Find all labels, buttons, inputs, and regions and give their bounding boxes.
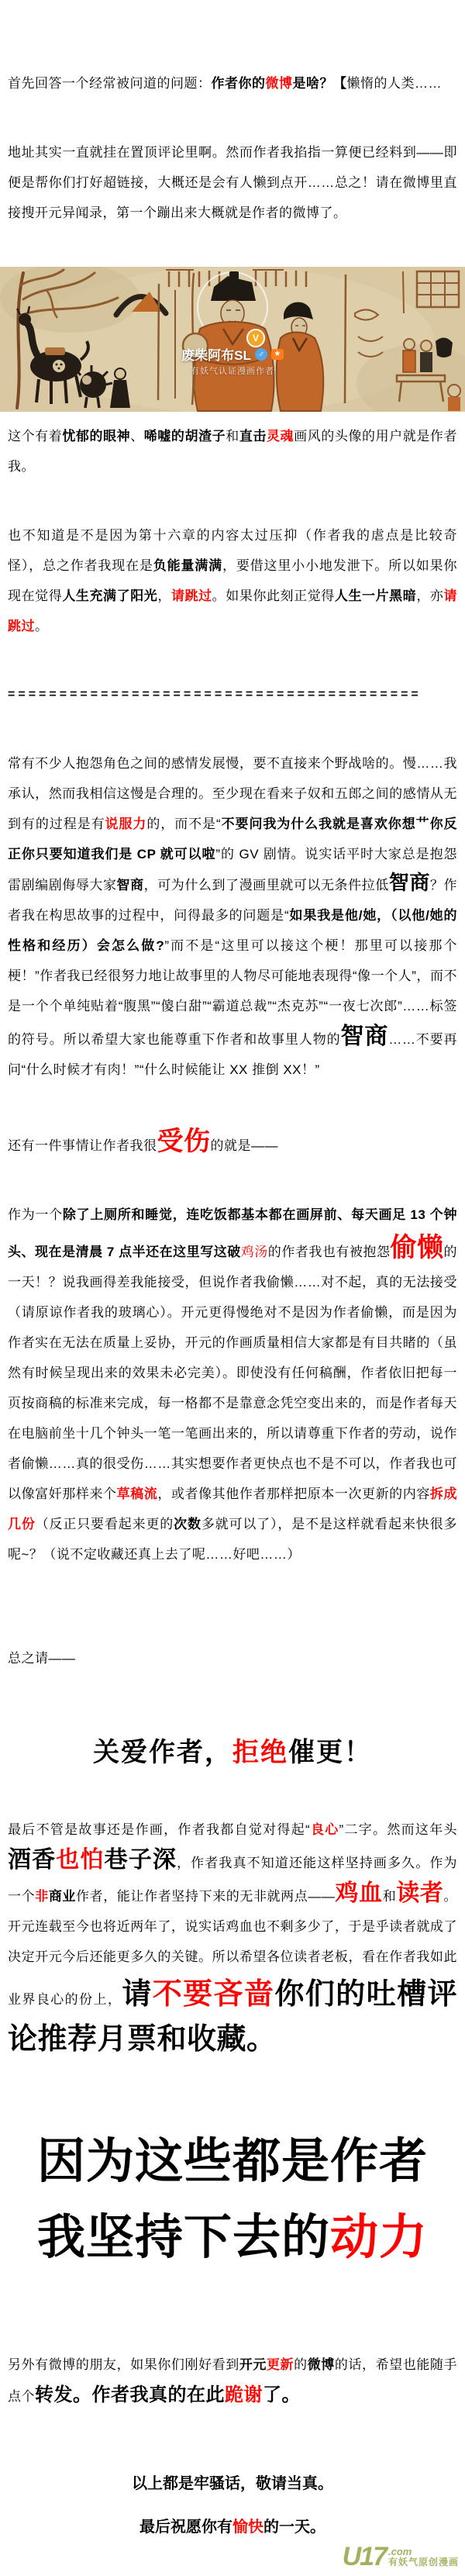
text-run: 忧郁的眼神 bbox=[62, 429, 130, 444]
in-short: 总之请—— bbox=[8, 1643, 457, 1673]
text-run: 读者 bbox=[396, 1880, 443, 1906]
text-run: 懒惰的人类…… bbox=[347, 76, 443, 91]
text-run: 的一天。 bbox=[263, 2519, 325, 2536]
closing-line-1: 以上都是牢骚话，敬请当真。 bbox=[8, 2466, 457, 2502]
text-run: 。 bbox=[35, 619, 49, 634]
text-run: 巷子深 bbox=[105, 1847, 177, 1873]
text-run: 直击 bbox=[239, 429, 267, 444]
text-run: 跪谢 bbox=[225, 2384, 263, 2405]
text-run: 。如果你此刻正觉得 bbox=[212, 589, 335, 603]
text-run: 、 bbox=[130, 429, 144, 444]
text-run: 微博 bbox=[308, 2357, 335, 2372]
motivation-headline: 因为这些都是作者我坚持下去的动力 bbox=[0, 2124, 465, 2276]
pacing-paragraph: 常有不少人抱怨角色之间的感情发展慢，要不直接来个野战啥的。慢……我承认，然而我相… bbox=[8, 748, 457, 1085]
text-run: 另外有微博的朋友，如果你们刚好看到 bbox=[8, 2357, 239, 2372]
text-run: 酒香 bbox=[8, 1847, 56, 1873]
text-run: 智商 bbox=[341, 1024, 389, 1049]
support-request: 最后不管是故事还是作画，作者我都自觉对得起“良心”二字。然而这年头酒香也怕巷子深… bbox=[8, 1815, 457, 2062]
text-run: 了。 bbox=[263, 2384, 301, 2405]
text-run: 偷懒 bbox=[390, 1233, 443, 1262]
text-run: 开元 bbox=[239, 2357, 267, 2372]
u17-caption-text: 有妖气原创漫画 bbox=[388, 2557, 459, 2568]
text-run: 最后祝愿你有 bbox=[139, 2519, 232, 2536]
text-run: 因为这些都是作者 bbox=[37, 2135, 428, 2188]
text-run: 请跳过 bbox=[171, 589, 212, 603]
text-run: 更新 bbox=[267, 2357, 294, 2372]
text-run: 次数 bbox=[174, 1517, 201, 1531]
text-run: 请 bbox=[122, 1978, 152, 2011]
text-run: 作者，能让作者坚持下来的无非就两点—— bbox=[76, 1889, 335, 1904]
text-run: 商业 bbox=[49, 1889, 76, 1904]
text-run: 的，而不是“ bbox=[146, 817, 221, 831]
text-run: 动力 bbox=[330, 2211, 428, 2264]
text-run: 人生一片黑暗 bbox=[335, 589, 416, 603]
text-run: 良心 bbox=[310, 1822, 339, 1837]
comic-author-note-page: 首先回答一个经常被问道的问题：作者你的微博是啥？【懒惰的人类……地址其实一直就挂… bbox=[0, 0, 465, 2576]
text-run: 和 bbox=[226, 429, 239, 444]
text-run: 微博 bbox=[266, 76, 293, 91]
weibo-profile-mural-image: V 废柴阿布SL ♂ ★ 有妖气认证漫画作者 bbox=[0, 267, 465, 412]
text-run: 智商 bbox=[389, 871, 430, 894]
text-run: 这个有着 bbox=[8, 429, 62, 444]
text-run: 的作者我也有被抱怨 bbox=[268, 1245, 391, 1259]
text-run: 也怕 bbox=[56, 1847, 104, 1873]
weibo-repost-request: 另外有微博的朋友，如果你们刚好看到开元更新的微博的话，希望也能随手点个转发。作者… bbox=[8, 2350, 457, 2412]
text-run: 地址其实一直就挂在置顶评论里啊。然而作者我掐指一算便已经料到——即便是帮你们打好… bbox=[8, 145, 457, 220]
text-run: 愉快 bbox=[232, 2519, 263, 2536]
text-run: 说服力 bbox=[105, 817, 147, 831]
text-run: 非 bbox=[35, 1889, 49, 1904]
text-run: 唏嘘的胡渣子 bbox=[144, 429, 226, 444]
text-run: 催更！ bbox=[288, 1738, 372, 1767]
text-run: 还有一件事情让作者我很 bbox=[8, 1138, 157, 1153]
u17-brand-text: U17 bbox=[343, 2545, 386, 2568]
text-run: 首先回答一个经常被问道的问题： bbox=[8, 76, 212, 91]
text-run: 拒绝 bbox=[232, 1738, 288, 1767]
text-run: 的 bbox=[294, 2357, 308, 2372]
text-run: 负能量满满 bbox=[153, 558, 222, 573]
text-run: 智商 bbox=[117, 878, 144, 893]
avatar-caption: 这个有着忧郁的眼神、唏嘘的胡渣子和直击灵魂画风的头像的用户就是作者我。 bbox=[8, 421, 457, 482]
bottom-paragraphs: 这个有着忧郁的眼神、唏嘘的胡渣子和直击灵魂画风的头像的用户就是作者我。也不知道是… bbox=[0, 421, 465, 2545]
text-run: 最后不管是故事还是作画，作者我都自觉对得起“ bbox=[8, 1822, 310, 1837]
text-run: ”二字。然而这年头 bbox=[339, 1822, 457, 1837]
top-paragraphs: 首先回答一个经常被问道的问题：作者你的微博是啥？【懒惰的人类……地址其实一直就挂… bbox=[0, 0, 465, 228]
vent-intro: 也不知道是不是因为第十六章的内容太过压抑（作者我的虐点是比较奇怪），总之作者我现… bbox=[8, 520, 457, 641]
text-run: 不要吝啬 bbox=[153, 1978, 275, 2011]
text-run: 总之请—— bbox=[8, 1651, 76, 1666]
text-run: （反正只要看起来更的 bbox=[36, 1517, 174, 1531]
text-run: 作为一个 bbox=[8, 1207, 63, 1222]
text-run: 的就是—— bbox=[211, 1138, 279, 1153]
text-run: 以上都是牢骚话，敬请当真。 bbox=[132, 2475, 333, 2492]
hurt-intro: 还有一件事情让作者我很受伤的就是—— bbox=[8, 1124, 457, 1161]
text-run: ，亦 bbox=[416, 589, 443, 603]
text-run: 关爱作者， bbox=[93, 1738, 232, 1767]
text-run: 鸡血 bbox=[335, 1880, 382, 1906]
text-run: 我坚持下去的 bbox=[37, 2211, 330, 2264]
closing-line-2: 最后祝愿你有愉快的一天。 bbox=[8, 2509, 457, 2545]
section-divider: ======================================== bbox=[8, 688, 457, 702]
text-run: 受伤 bbox=[157, 1127, 211, 1156]
text-run: 作者我真的在此 bbox=[92, 2384, 226, 2405]
no-urging-headline: 关爱作者，拒绝催更！ bbox=[8, 1729, 457, 1776]
text-run: 鸡汤 bbox=[241, 1245, 268, 1259]
text-run: 和 bbox=[383, 1889, 397, 1904]
mural-painting bbox=[0, 267, 465, 412]
text-run: 的一天！？说我画得差我能接受，但说作者我偷懒……对不起，真的无法接受（请原谅作者… bbox=[8, 1245, 457, 1501]
text-run: ， bbox=[157, 589, 171, 603]
u17-logo: U17 .com 有妖气原创漫画 bbox=[343, 2545, 459, 2568]
u17-tld-text: .com bbox=[388, 2547, 459, 2557]
intro-question: 首先回答一个经常被问道的问题：作者你的微博是啥？【懒惰的人类…… bbox=[8, 68, 457, 98]
text-run: 灵魂 bbox=[267, 429, 294, 444]
text-run: 草稿流 bbox=[117, 1487, 158, 1501]
text-run: 人生充满了阳光 bbox=[62, 589, 157, 603]
text-run: ，或者像其他作者那样把原本一次更新的内容 bbox=[157, 1487, 430, 1501]
text-run: 转发。 bbox=[35, 2384, 92, 2405]
text-run: 是啥？【 bbox=[293, 76, 347, 91]
text-run: 作者你的 bbox=[212, 76, 266, 91]
weibo-address: 地址其实一直就挂在置顶评论里啊。然而作者我掐指一算便已经料到——即便是帮你们打好… bbox=[8, 137, 457, 228]
text-run: ”而不是“这里可以接这个梗！那里可以接那个梗！”作者我已经很努力地让故事里的人物… bbox=[8, 938, 457, 1047]
lazy-complaint: 作为一个除了上厕所和睡觉，连吃饭都基本都在画屏前、每天画足 13 个钟头、现在是… bbox=[8, 1200, 457, 1569]
text-run: ，可为什么到了漫画里就可以无条件拉低 bbox=[144, 878, 389, 893]
